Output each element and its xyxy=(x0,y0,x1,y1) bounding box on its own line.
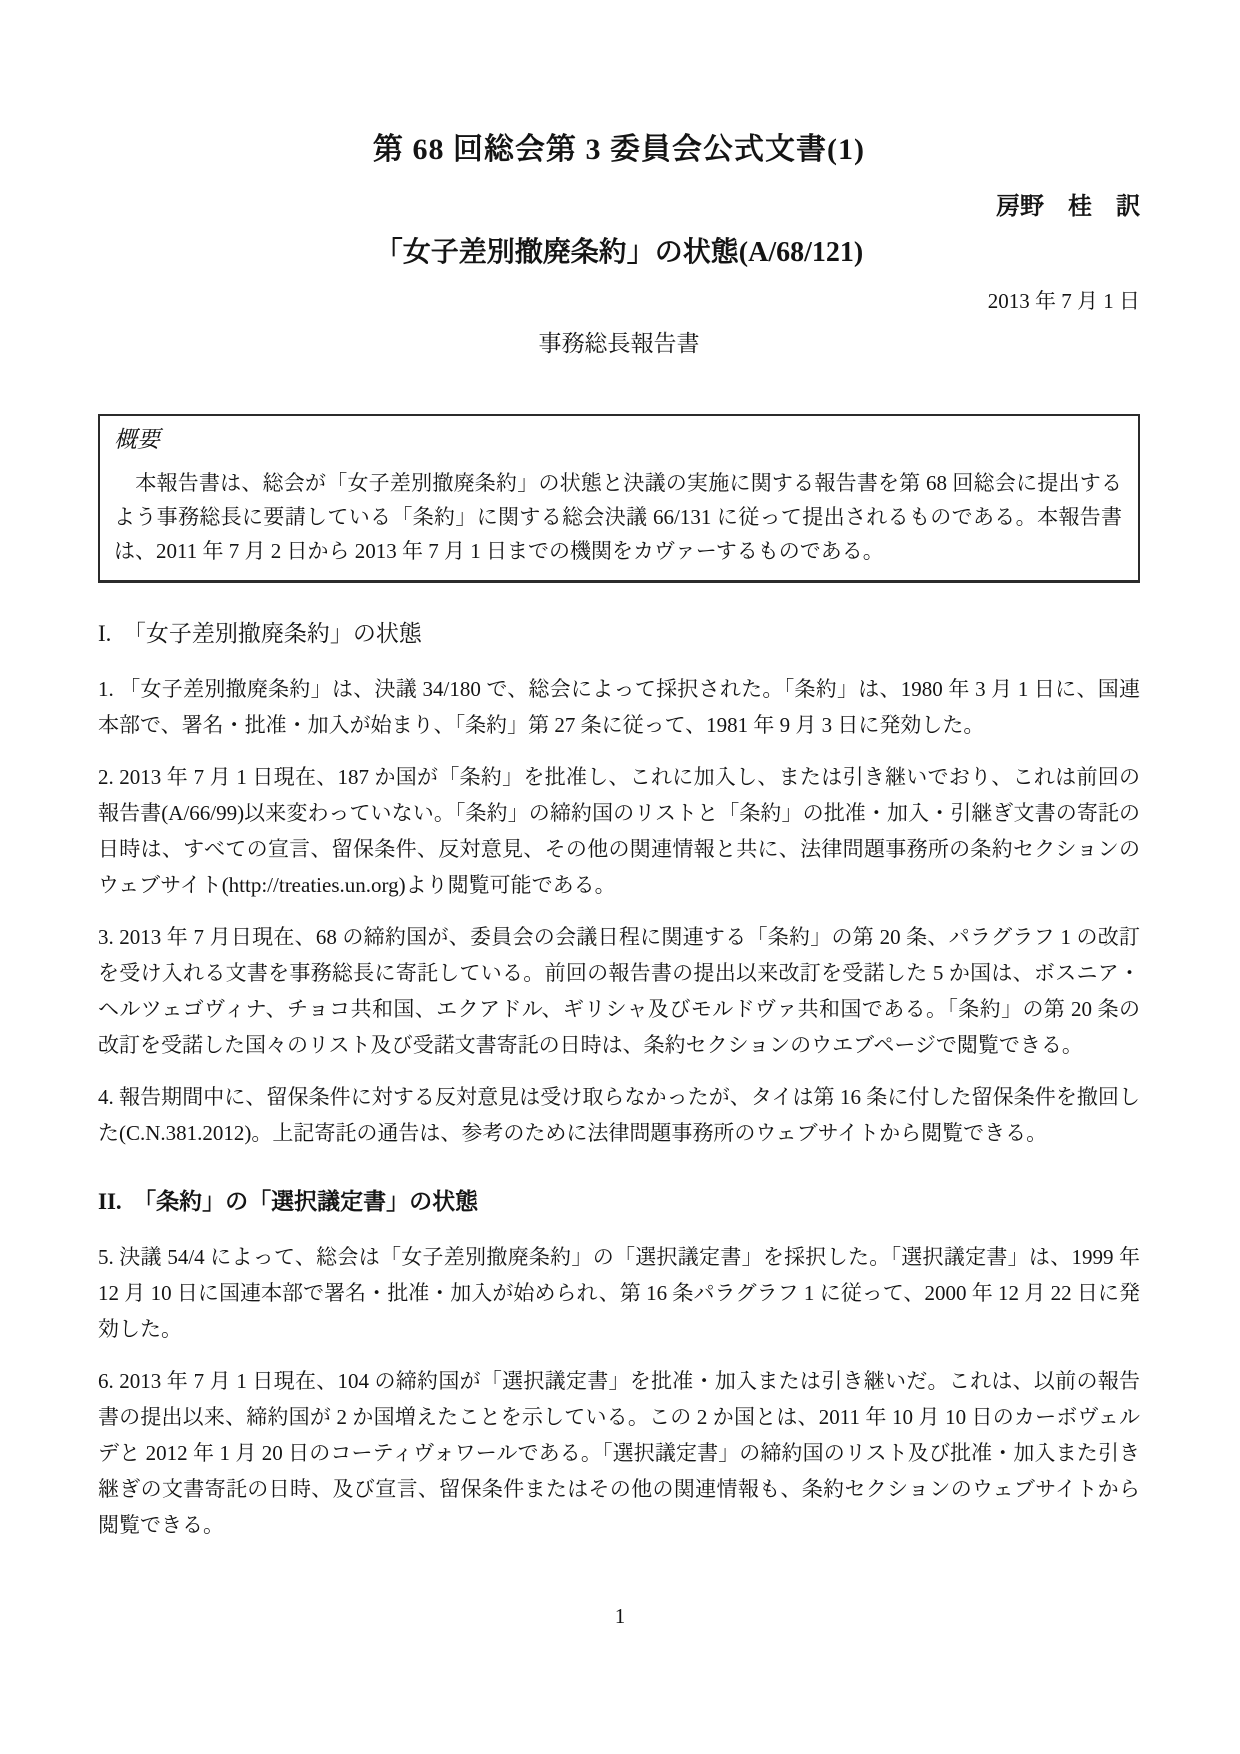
section-1-paragraph-4: 4. 報告期間中に、留保条件に対する反対意見は受け取らなかったが、タイは第 16… xyxy=(98,1079,1140,1151)
translator-credit: 房野 桂 訳 xyxy=(98,192,1140,222)
section-1-paragraph-3: 3. 2013 年 7 月日現在、68 の締約国が、委員会の会議日程に関連する「… xyxy=(98,919,1140,1063)
section-2-heading: II. 「条約」の「選択議定書」の状態 xyxy=(98,1185,1140,1219)
section-2-paragraph-6: 6. 2013 年 7 月 1 日現在、104 の締約国が「選択議定書」を批准・… xyxy=(98,1363,1140,1543)
document-title: 第 68 回総会第 3 委員会公式文書(1) xyxy=(98,130,1140,170)
summary-box: 概要 本報告書は、総会が「女子差別撤廃条約」の状態と決議の実施に関する報告書を第… xyxy=(98,414,1140,583)
section-1-paragraph-2: 2. 2013 年 7 月 1 日現在、187 か国が「条約」を批准し、これに加… xyxy=(98,759,1140,903)
section-1-heading: I. 「女子差別撤廃条約」の状態 xyxy=(98,617,1140,651)
summary-box-body: 本報告書は、総会が「女子差別撤廃条約」の状態と決議の実施に関する報告書を第 68… xyxy=(114,466,1122,568)
section-1-paragraph-1: 1. 「女子差別撤廃条約」は、決議 34/180 で、総会によって採択された。「… xyxy=(98,671,1140,743)
section-2-paragraph-5: 5. 決議 54/4 によって、総会は「女子差別撤廃条約」の「選択議定書」を採択… xyxy=(98,1239,1140,1347)
document-subtitle: 「女子差別撤廃条約」の状態(A/68/121) xyxy=(98,232,1140,274)
document-date: 2013 年 7 月 1 日 xyxy=(98,286,1140,316)
summary-box-label: 概要 xyxy=(114,424,1122,456)
document-page: 第 68 回総会第 3 委員会公式文書(1) 房野 桂 訳 「女子差別撤廃条約」… xyxy=(0,0,1240,1754)
page-number: 1 xyxy=(0,1602,1240,1630)
document-type-heading: 事務総長報告書 xyxy=(98,328,1140,360)
